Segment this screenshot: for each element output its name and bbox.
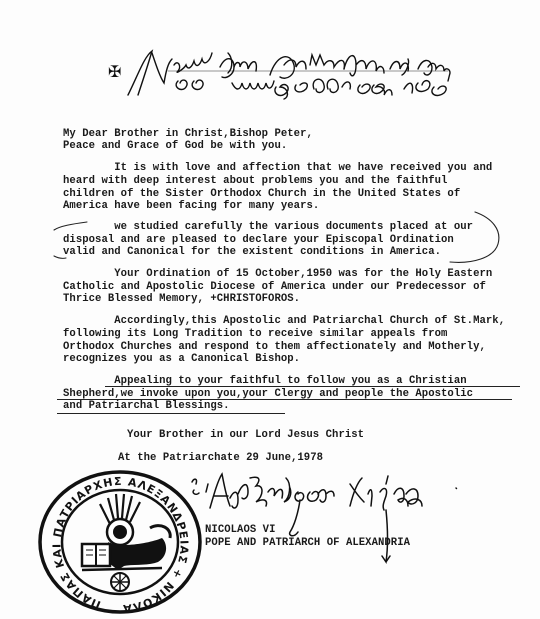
salutation-line-1: My Dear Brother in Christ,Bishop Peter, bbox=[63, 128, 313, 141]
letter-page: ✠ My bbox=[0, 0, 540, 619]
handwritten-header: ✠ bbox=[108, 45, 458, 100]
paragraph-line: It is with love and affection that we ha… bbox=[63, 162, 492, 175]
place-date-text: At the Patriarchate 29 June,1978 bbox=[118, 452, 323, 465]
signatory-name: NICOLAOS VI bbox=[205, 524, 275, 537]
salutation-line-2: Peace and Grace of God be with you. bbox=[63, 140, 287, 153]
underline-mark bbox=[57, 413, 285, 414]
paragraph-line: children of the Sister Orthodox Church i… bbox=[63, 188, 460, 201]
paragraph-line: heard with deep interest about problems … bbox=[63, 175, 447, 188]
signatory-title: POPE AND PATRIARCH OF ALEXANDRIA bbox=[205, 537, 410, 550]
paragraph-line: Orthodox Churches and respond to them af… bbox=[63, 341, 486, 354]
paragraph-line: we studied carefully the various documen… bbox=[63, 221, 473, 234]
handwriting-scribble-icon bbox=[108, 45, 458, 100]
paragraph-line: valid and Canonical for the existent con… bbox=[63, 246, 441, 259]
paragraph-line: following its Long Tradition to receive … bbox=[63, 328, 447, 341]
paragraph-line: and Patriarchal Blessings. bbox=[63, 400, 230, 413]
paragraph-line: Accordingly,this Apostolic and Patriarch… bbox=[63, 315, 505, 328]
closing-text: Your Brother in our Lord Jesus Christ bbox=[127, 429, 364, 442]
paragraph-line: Your Ordination of 15 October,1950 was f… bbox=[63, 268, 492, 281]
paragraph-line: recognizes you as a Canonical Bishop. bbox=[63, 353, 300, 366]
patriarchal-seal-stamp: ΠΑΠΑΣ ΚΑΙ ΠΑΤΡΙΑΡΧΗΣ ΑΛΕΞΑΝΔΡΕΙΑΣ + ΝΙΚΟ… bbox=[38, 470, 208, 615]
paragraph-line: Catholic and Apostolic Diocese of Americ… bbox=[63, 281, 486, 294]
paragraph-line: disposal and are pleased to declare your… bbox=[63, 234, 454, 247]
paragraph-line: Thrice Blessed Memory, +CHRISTOFOROS. bbox=[63, 293, 300, 306]
